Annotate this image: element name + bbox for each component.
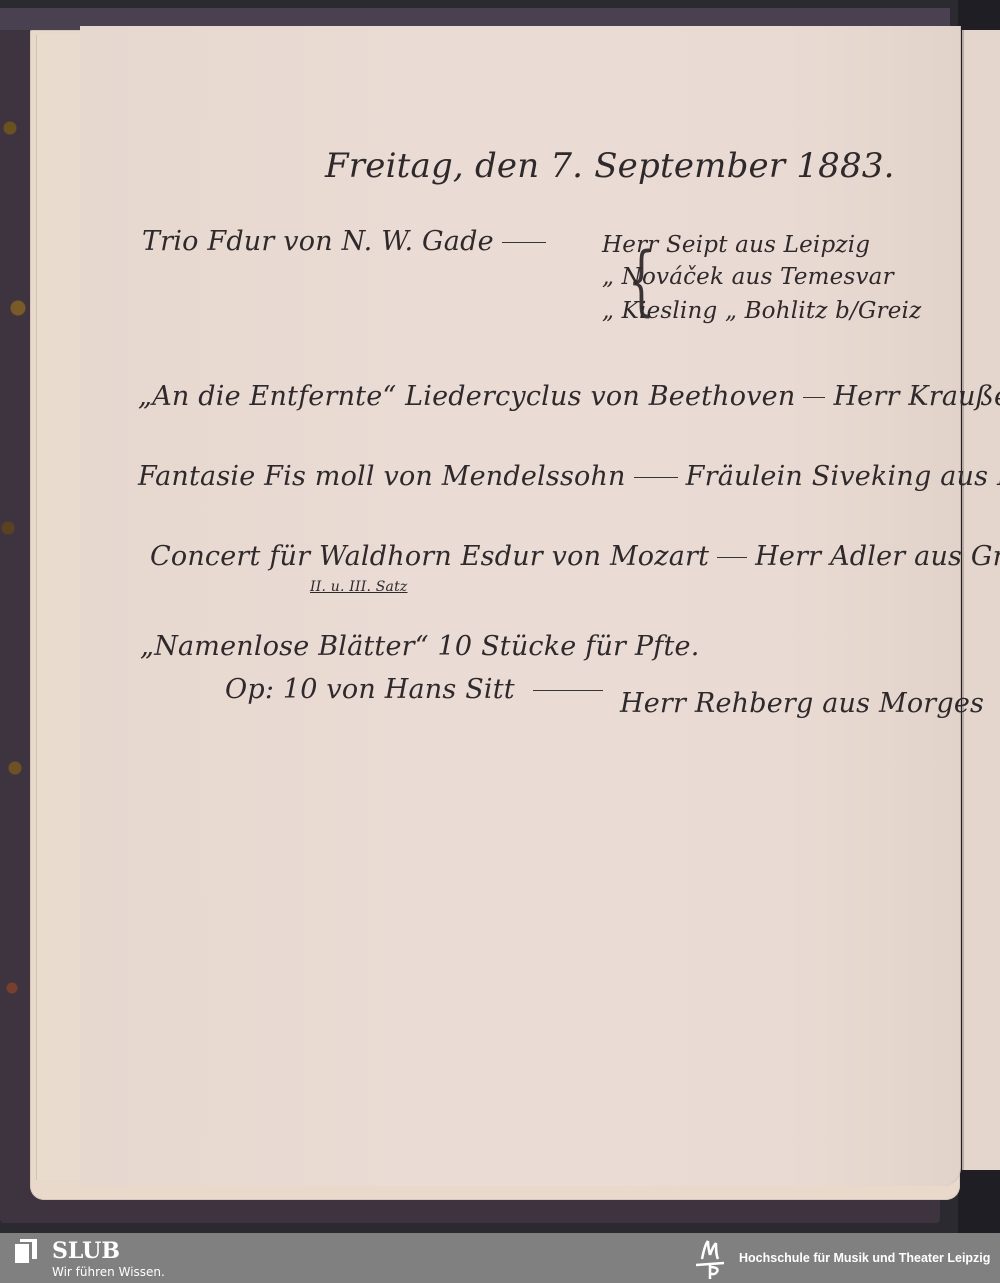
footer-bar: SLUB Wir führen Wissen. Hochschule für M… xyxy=(0,1233,1000,1283)
performer: Herr Krauße aus Borna xyxy=(833,381,1000,412)
performer: „ Nováček aus Temesvar xyxy=(602,264,894,290)
separator-dash xyxy=(502,242,546,243)
performer: Herr Rehberg aus Morges xyxy=(620,688,984,719)
work-title: Fantasie Fis moll von Mendelssohn xyxy=(138,461,626,492)
work-title: Trio Fdur von N. W. Gade xyxy=(142,226,494,257)
work-opus: Op: 10 von Hans Sitt xyxy=(225,674,515,705)
slub-brand[interactable]: SLUB xyxy=(52,1240,120,1262)
separator-dash xyxy=(634,477,678,478)
performer: Fräulein Siveking aus London xyxy=(686,461,1000,492)
book-icon xyxy=(13,1239,39,1263)
movement-note: II. u. III. Satz xyxy=(310,579,408,595)
scanned-page-image: Freitag, den 7. September 1883. Trio Fdu… xyxy=(0,0,1000,1233)
separator-dash xyxy=(533,690,603,691)
performer: Herr Adler aus Grünberg xyxy=(755,541,1000,572)
program-item-5-line2: Op: 10 von Hans Sitt xyxy=(225,674,611,705)
program-item-4: Concert für Waldhorn Esdur von MozartHer… xyxy=(150,541,1000,572)
work-title: „Namenlose Blätter“ 10 Stücke für Pfte. xyxy=(140,631,700,662)
hmt-brand[interactable]: Hochschule für Musik und Theater Leipzig xyxy=(739,1251,990,1265)
separator-dash xyxy=(717,557,747,558)
hmt-monogram-icon xyxy=(694,1237,728,1281)
page-stack-edge xyxy=(36,35,82,1180)
performer: „ Kiesling „ Bohlitz b/Greiz xyxy=(602,298,921,324)
slub-tagline: Wir führen Wissen. xyxy=(52,1266,165,1278)
work-title: Concert für Waldhorn Esdur von Mozart xyxy=(150,541,709,572)
page-heading: Freitag, den 7. September 1883. xyxy=(325,146,895,186)
work-title: „An die Entfernte“ Liedercyclus von Beet… xyxy=(138,381,795,412)
program-item-3: Fantasie Fis moll von MendelssohnFräulei… xyxy=(138,461,1000,492)
adjacent-page xyxy=(962,30,1000,1170)
performer: Herr Seipt aus Leipzig xyxy=(602,232,870,258)
program-item-5: „Namenlose Blätter“ 10 Stücke für Pfte. xyxy=(140,631,700,662)
manuscript-page: Freitag, den 7. September 1883. Trio Fdu… xyxy=(80,26,960,1186)
program-item-1: Trio Fdur von N. W. Gade xyxy=(142,226,554,257)
program-item-2: „An die Entfernte“ Liedercyclus von Beet… xyxy=(138,381,1000,412)
separator-dash xyxy=(803,397,825,398)
